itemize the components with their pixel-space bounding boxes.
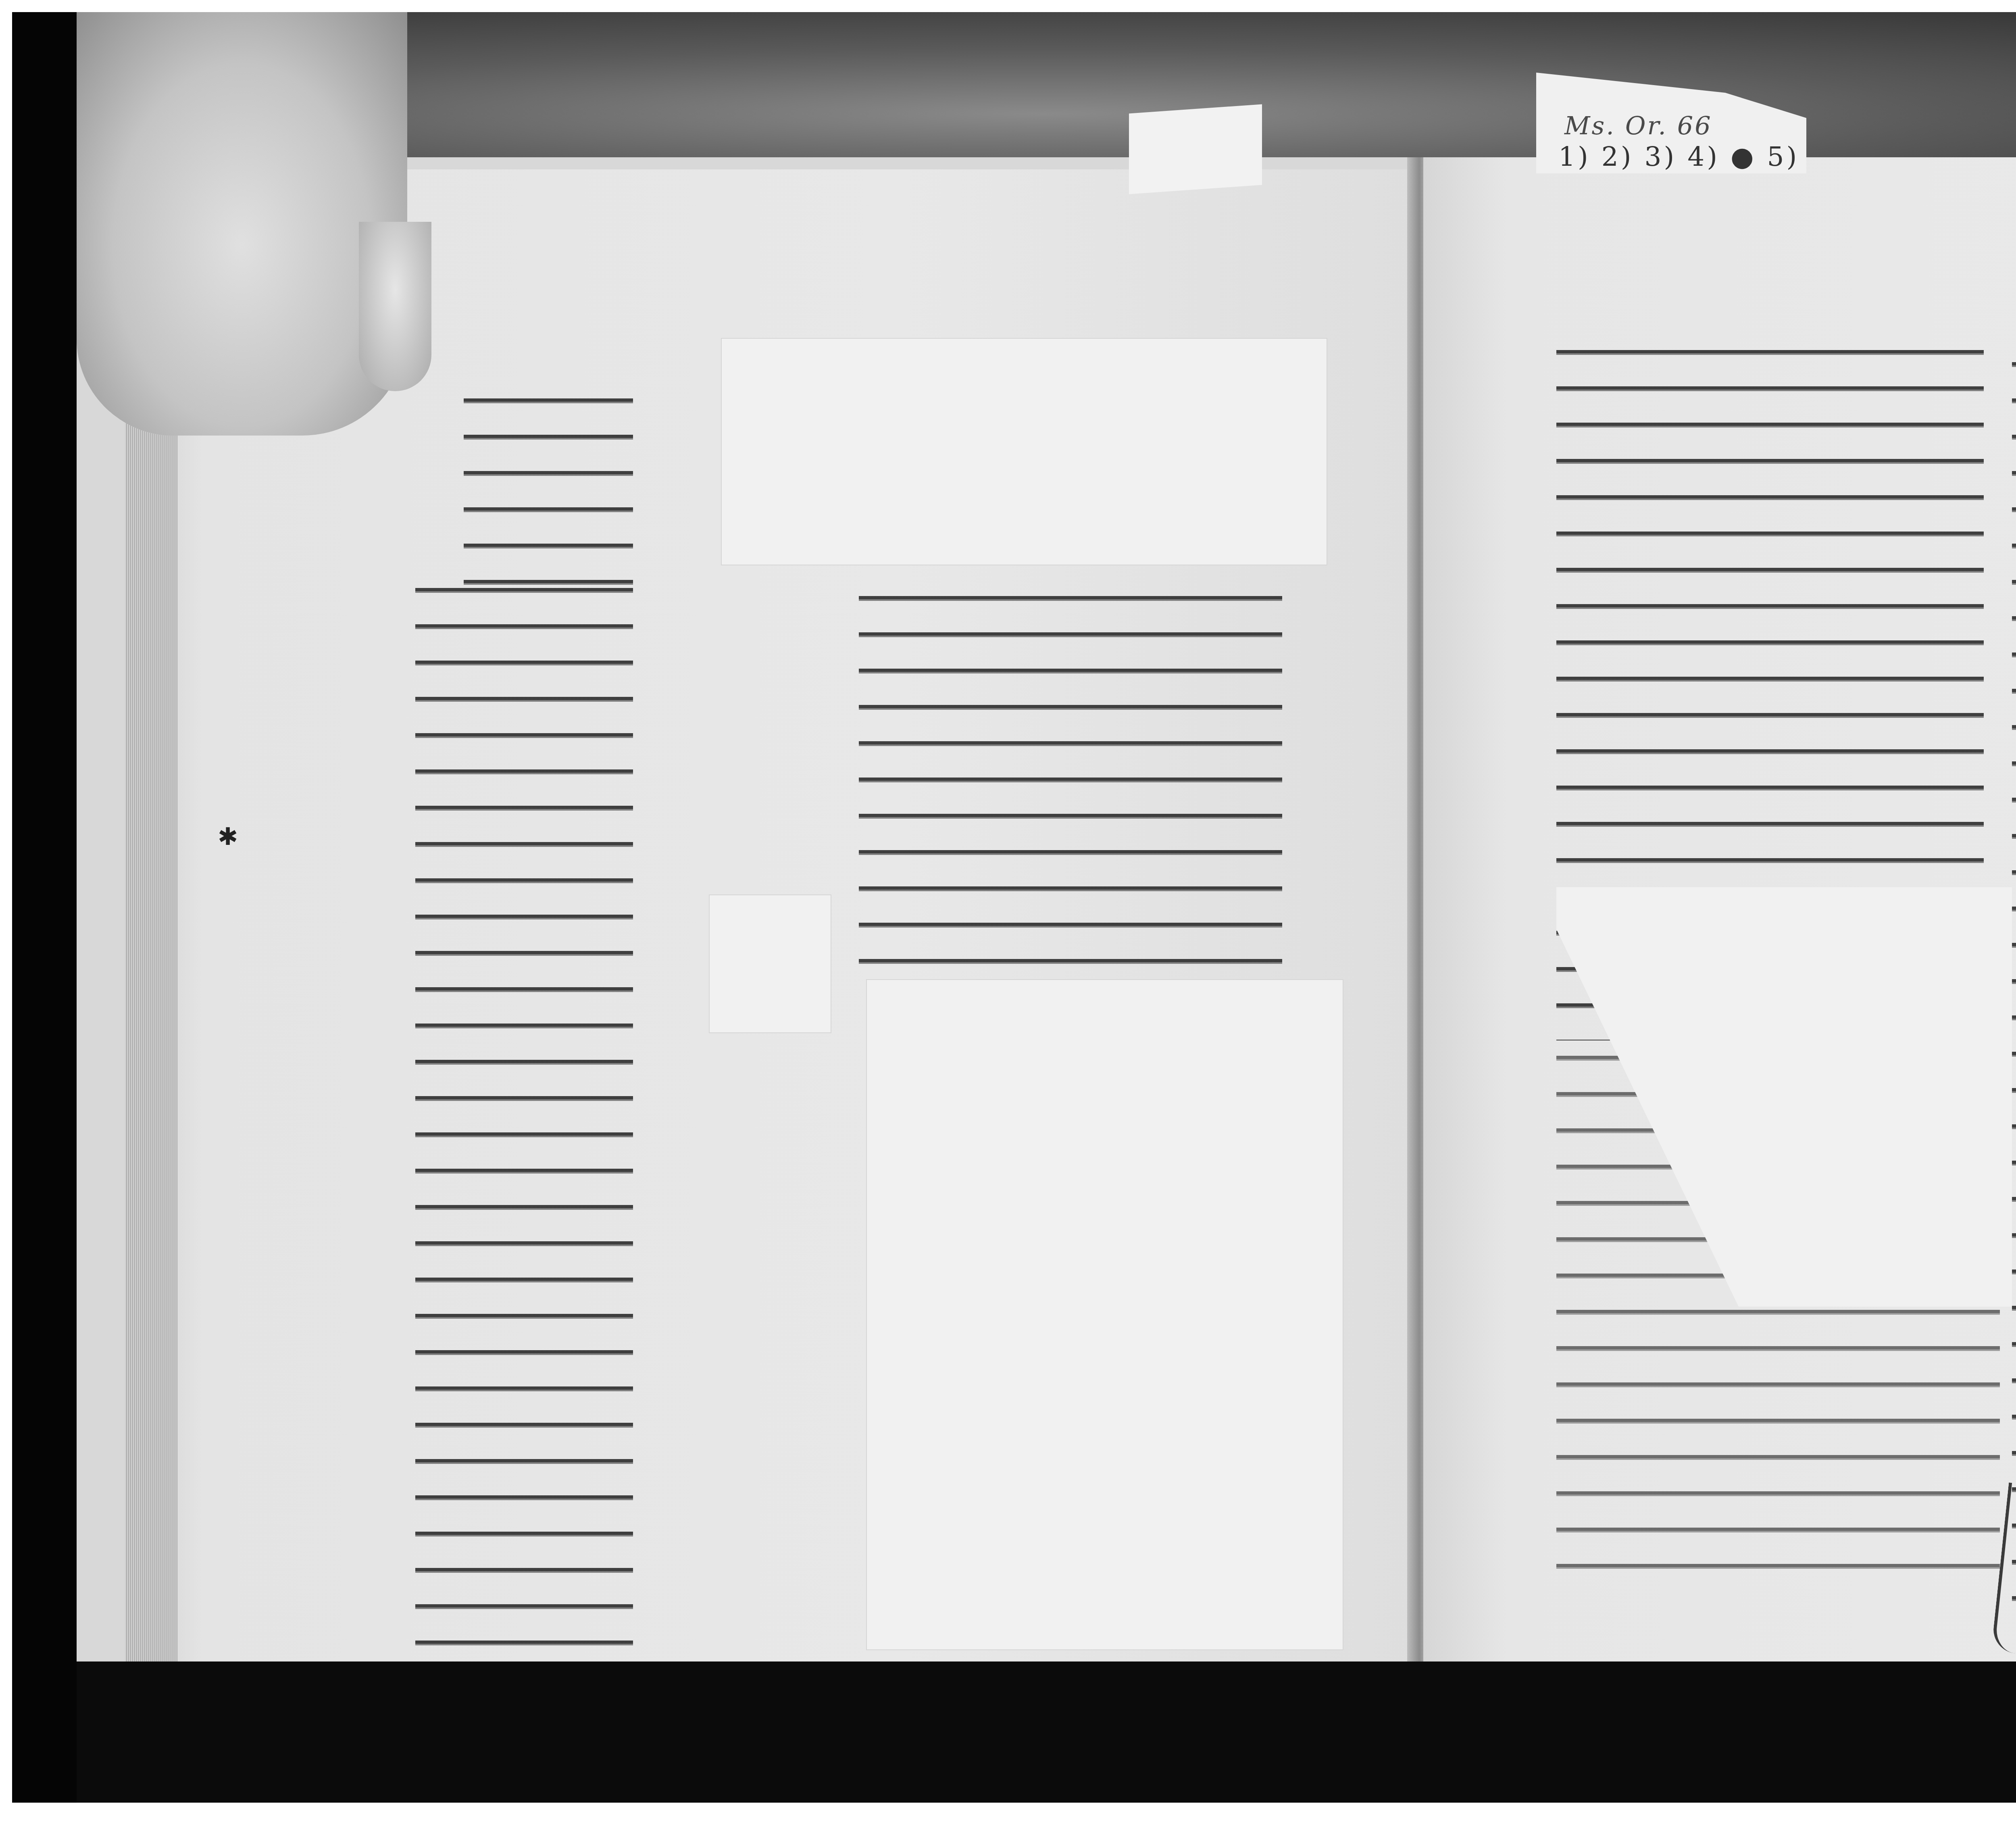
right-page-column-2 [2012, 347, 2016, 1617]
paper-patch-top [722, 339, 1327, 565]
right-page [1423, 157, 2016, 1661]
bottom-shadow [77, 1661, 2016, 1803]
paper-patch-bottom [867, 980, 1343, 1649]
photo-frame: ✱ Ms. Or. 66 1) 2) 3) 4) ● 5) 6) [12, 12, 2016, 1803]
left-page-column-1-lower [415, 573, 633, 1694]
page-edges [125, 250, 177, 1661]
left-border [12, 12, 77, 1803]
thumb [359, 222, 431, 391]
paper-tab [1129, 104, 1262, 194]
shelfmark-text: Ms. Or. 66 [1564, 111, 1712, 140]
holding-hand [77, 12, 407, 436]
left-page-column-2 [859, 581, 1282, 984]
margin-mark: ✱ [218, 823, 238, 851]
paper-patch-small [710, 895, 831, 1032]
